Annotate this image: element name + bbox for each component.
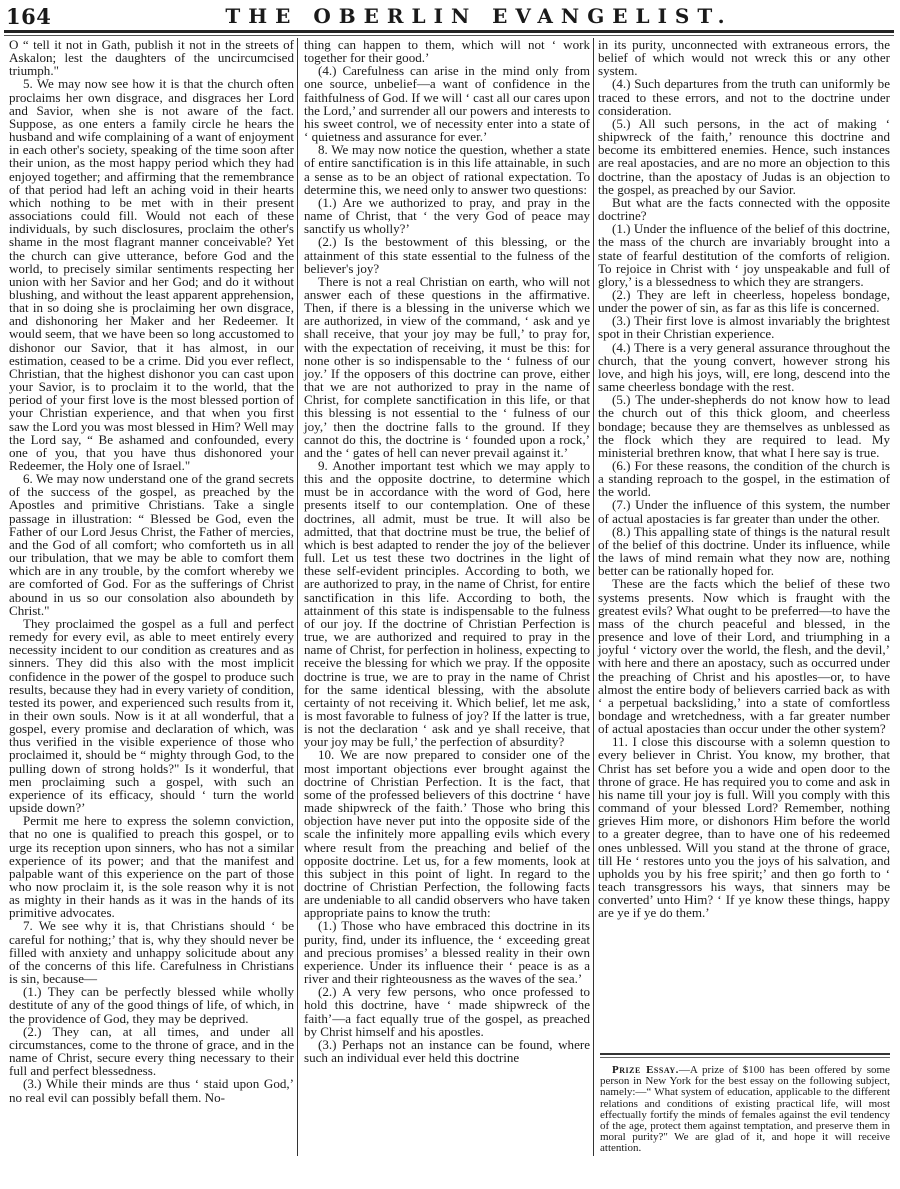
paragraph: 11. I close this discourse with a solemn… <box>598 735 890 919</box>
paragraph: O “ tell it not in Gath, publish it not … <box>9 38 294 77</box>
masthead: 164 THE OBERLIN EVANGELIST. <box>4 2 894 30</box>
column-3: in its purity, unconnected with extraneo… <box>598 38 890 919</box>
paragraph: (2.) Is the bestowment of this blessing,… <box>304 235 590 274</box>
paragraph: (3.) Perhaps not an instance can be foun… <box>304 1038 590 1064</box>
paragraph: But what are the facts connected with th… <box>598 196 890 222</box>
column-2: thing can happen to them, which will not… <box>304 38 590 1064</box>
column-1: O “ tell it not in Gath, publish it not … <box>9 38 294 1104</box>
section-rule <box>600 1053 890 1055</box>
paragraph: Permit me here to express the solemn con… <box>9 814 294 919</box>
paragraph: 6. We may now understand one of the gran… <box>9 472 294 617</box>
paragraph: (4.) There is a very general assurance t… <box>598 341 890 394</box>
prize-essay-text: —A prize of $100 has been offered by som… <box>600 1064 890 1154</box>
paragraph: These are the facts which the belief of … <box>598 577 890 735</box>
paragraph: in its purity, unconnected with extraneo… <box>598 38 890 77</box>
prize-essay-heading: Prize Essay. <box>612 1064 679 1076</box>
paragraph: (2.) A very few persons, who once profes… <box>304 985 590 1038</box>
paragraph: (3.) While their minds are thus ‘ staid … <box>9 1077 294 1103</box>
paragraph: (1.) Under the influence of the belief o… <box>598 222 890 288</box>
paragraph: 5. We may now see how it is that the chu… <box>9 77 294 472</box>
paragraph: 10. We are now prepared to consider one … <box>304 748 590 919</box>
column-divider <box>593 38 594 1156</box>
column-divider <box>297 38 298 1156</box>
prize-essay-notice: Prize Essay.—A prize of $100 has been of… <box>600 1065 890 1155</box>
paragraph: They proclaimed the gospel as a full and… <box>9 617 294 814</box>
paragraph: 8. We may now notice the question, wheth… <box>304 143 590 196</box>
paragraph: (1.) Are we authorized to pray, and pray… <box>304 196 590 235</box>
paragraph: 9. Another important test which we may a… <box>304 459 590 748</box>
paragraph: (1.) They can be perfectly blessed while… <box>9 985 294 1024</box>
paragraph: (3.) Their first love is almost invariab… <box>598 314 890 340</box>
section-rule-thin <box>600 1057 890 1058</box>
paragraph: (7.) Under the influence of this system,… <box>598 498 890 524</box>
masthead-rule-thin <box>4 35 894 36</box>
paragraph: There is not a real Christian on earth, … <box>304 275 590 459</box>
paragraph: thing can happen to them, which will not… <box>304 38 590 64</box>
paragraph: (4.) Carefulness can arise in the mind o… <box>304 64 590 143</box>
paragraph: (6.) For these reasons, the condition of… <box>598 459 890 498</box>
paragraph: (2.) They are left in cheerless, hopeles… <box>598 288 890 314</box>
paragraph: (8.) This appalling state of things is t… <box>598 525 890 578</box>
paragraph: 7. We see why it is, that Christians sho… <box>9 919 294 985</box>
newspaper-page: 164 THE OBERLIN EVANGELIST. O “ tell it … <box>0 0 900 1189</box>
paragraph: (5.) The under-shepherds do not know how… <box>598 393 890 459</box>
newspaper-title: THE OBERLIN EVANGELIST. <box>4 4 894 28</box>
paragraph: (5.) All such persons, in the act of mak… <box>598 117 890 196</box>
paragraph: (2.) They can, at all times, and under a… <box>9 1025 294 1078</box>
paragraph: (1.) Those who have embraced this doctri… <box>304 919 590 985</box>
masthead-rule <box>4 30 894 33</box>
paragraph: (4.) Such departures from the truth can … <box>598 77 890 116</box>
